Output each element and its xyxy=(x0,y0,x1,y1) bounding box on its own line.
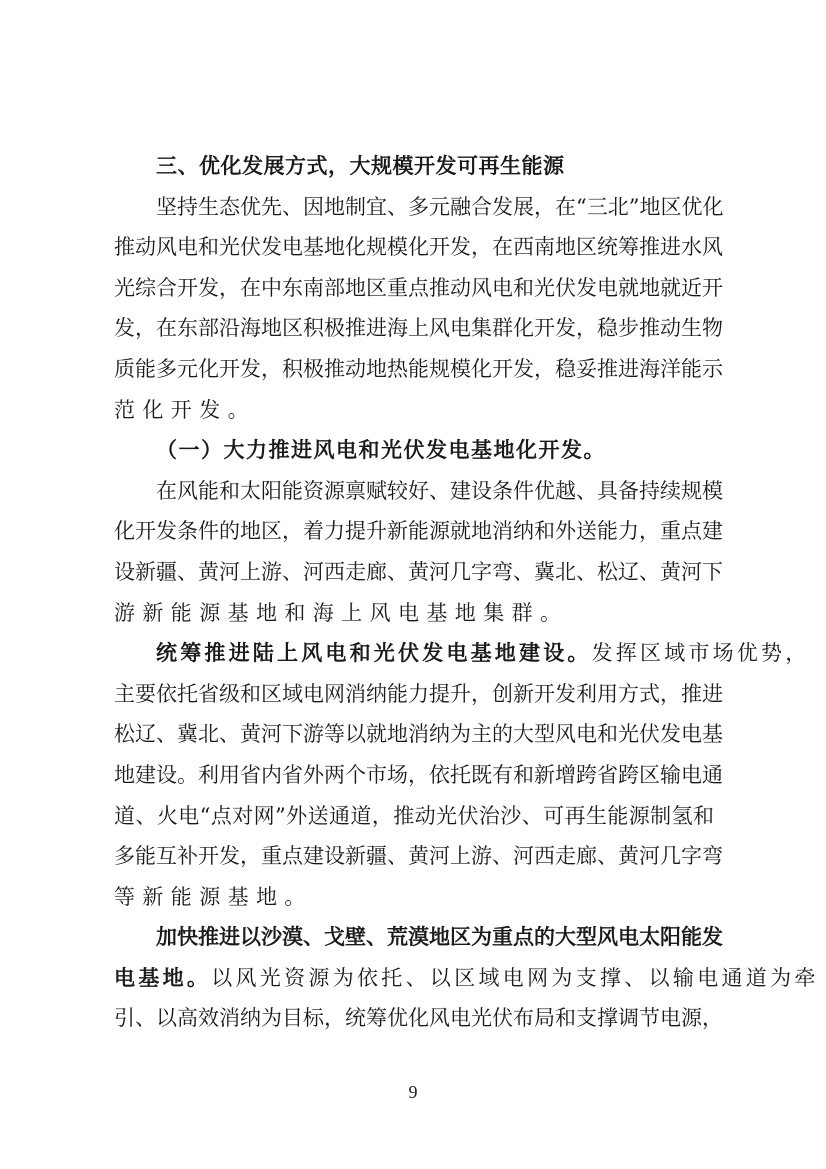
text-span: 发挥区域市场优势， xyxy=(592,641,810,665)
text-line: 统筹推进陆上风电和光伏发电基地建设。发挥区域市场优势， xyxy=(114,633,714,674)
text-line: 在风能和太阳能资源禀赋较好、建设条件优越、具备持续规模 xyxy=(114,471,714,512)
text-line: 设新疆、黄河上游、河西走廊、黄河几字弯、冀北、松辽、黄河下 xyxy=(114,552,714,593)
paragraph-4: 加快推进以沙漠、戈壁、荒漠地区为重点的大型风电太阳能发 电基地。以风光资源为依托… xyxy=(114,917,714,1039)
text-line: 化开发条件的地区，着力提升新能源就地消纳和外送能力，重点建 xyxy=(114,511,714,552)
paragraph-1: 坚持生态优先、因地制宜、多元融合发展，在“三北”地区优化 推动风电和光伏发电基地… xyxy=(114,187,714,431)
text-line: 电基地。以风光资源为依托、以区域电网为支撑、以输电通道为牵 xyxy=(114,958,714,999)
text-line: 松辽、冀北、黄河下游等以就地消纳为主的大型风电和光伏发电基 xyxy=(114,714,714,755)
bold-lead: 加快推进以沙漠、戈壁、荒漠地区为重点的大型风电太阳能发 xyxy=(114,917,714,958)
text-line: 引、以高效消纳为目标，统筹优化风电光伏布局和支撑调节电源， xyxy=(114,998,714,1039)
page-number: 9 xyxy=(0,1082,826,1103)
bold-lead: 电基地。 xyxy=(114,965,211,990)
text-line: 游新能源基地和海上风电基地集群。 xyxy=(114,593,714,634)
text-line: 发，在东部沿海地区积极推进海上风电集群化开发，稳步推动生物 xyxy=(114,308,714,349)
text-line: 质能多元化开发，积极推动地热能规模化开发，稳妥推进海洋能示 xyxy=(114,349,714,390)
text-line: 地建设。利用省内省外两个市场，依托既有和新增跨省跨区输电通 xyxy=(114,755,714,796)
section-heading: 三、优化发展方式，大规模开发可再生能源 xyxy=(114,146,714,187)
paragraph-2: 在风能和太阳能资源禀赋较好、建设条件优越、具备持续规模 化开发条件的地区，着力提… xyxy=(114,471,714,633)
document-page: 三、优化发展方式，大规模开发可再生能源 坚持生态优先、因地制宜、多元融合发展，在… xyxy=(114,146,714,1039)
text-span: 以风光资源为依托、以区域电网为支撑、以输电通道为牵 xyxy=(211,966,819,990)
text-line: 道、火电“点对网”外送通道，推动光伏治沙、可再生能源制氢和 xyxy=(114,796,714,837)
text-line: 坚持生态优先、因地制宜、多元融合发展，在“三北”地区优化 xyxy=(114,187,714,228)
text-line: 主要依托省级和区域电网消纳能力提升，创新开发利用方式，推进 xyxy=(114,674,714,715)
text-line: 等新能源基地。 xyxy=(114,877,714,918)
paragraph-3: 统筹推进陆上风电和光伏发电基地建设。发挥区域市场优势， 主要依托省级和区域电网消… xyxy=(114,633,714,917)
text-line: 范化开发。 xyxy=(114,390,714,431)
text-line: 光综合开发，在中东南部地区重点推动风电和光伏发电就地就近开 xyxy=(114,268,714,309)
text-line: 多能互补开发，重点建设新疆、黄河上游、河西走廊、黄河几字弯 xyxy=(114,836,714,877)
bold-lead: 统筹推进陆上风电和光伏发电基地建设。 xyxy=(156,640,592,665)
text-line: 推动风电和光伏发电基地化规模化开发，在西南地区统筹推进水风 xyxy=(114,227,714,268)
subsection-heading: （一）大力推进风电和光伏发电基地化开发。 xyxy=(114,430,714,471)
